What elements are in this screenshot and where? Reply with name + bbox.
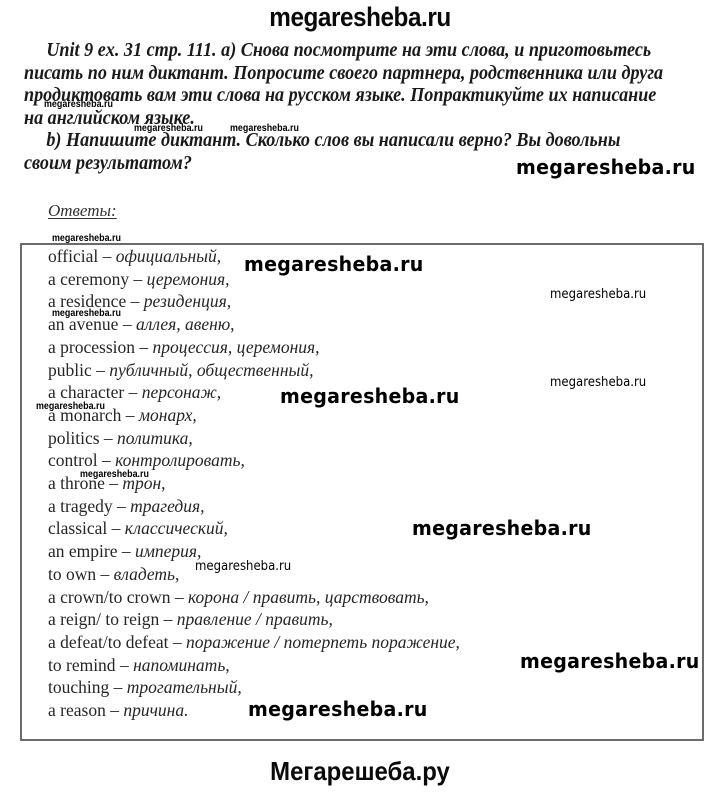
english-word: to remind (48, 655, 116, 675)
english-word: a crown/to crown (48, 587, 170, 607)
watermark: megaresheba.ru (52, 232, 121, 244)
list-item: a tragedy – трагедия, (48, 495, 460, 518)
watermark: megaresheba.ru (550, 375, 646, 390)
russian-translation: империя, (135, 541, 201, 561)
russian-translation: публичный, общественный, (109, 360, 313, 380)
separator: – (124, 382, 142, 402)
separator: – (100, 428, 118, 448)
english-word: to own (48, 564, 96, 584)
english-word: a procession (48, 337, 135, 357)
russian-translation: процессия, церемония, (153, 337, 320, 357)
russian-translation: персонаж, (142, 382, 221, 402)
russian-translation: поражение / потерпеть поражение, (186, 632, 460, 652)
list-item: a procession – процессия, церемония, (48, 336, 460, 359)
separator: – (116, 655, 134, 675)
watermark: megaresheba.ru (550, 287, 646, 302)
watermark: megaresheba.ru (248, 697, 428, 721)
list-item: classical – классический, (48, 517, 460, 540)
russian-translation: трагедия, (130, 496, 204, 516)
separator: – (109, 677, 127, 697)
separator: – (106, 700, 124, 720)
russian-translation: владеть, (114, 564, 180, 584)
english-word: a ceremony (48, 269, 129, 289)
list-item: politics – политика, (48, 427, 460, 450)
watermark: megaresheba.ru (44, 98, 113, 110)
russian-translation: трогательный, (127, 677, 242, 697)
separator: – (98, 246, 116, 266)
english-word: an empire (48, 541, 117, 561)
watermark: megaresheba.ru (244, 252, 424, 276)
site-title: megaresheba.ru (36, 2, 684, 33)
english-word: official (48, 246, 98, 266)
task-paragraph-a: Unit 9 ex. 31 стр. 111. a) Снова посмотр… (24, 40, 666, 130)
separator: – (118, 314, 136, 334)
russian-translation: аллея, авеню, (136, 314, 235, 334)
separator: – (159, 609, 177, 629)
english-word: touching (48, 677, 109, 697)
watermark: megaresheba.ru (520, 649, 700, 673)
list-item: a defeat/to defeat – поражение / потерпе… (48, 631, 460, 654)
list-item: a reign/ to reign – правление / править, (48, 608, 460, 631)
list-item: public – публичный, общественный, (48, 359, 460, 382)
list-item: to remind – напоминать, (48, 654, 460, 677)
watermark: megaresheba.ru (134, 122, 203, 134)
separator: – (113, 496, 131, 516)
russian-translation: напоминать, (133, 655, 230, 675)
english-word: a reign/ to reign (48, 609, 159, 629)
watermark: megaresheba.ru (412, 516, 592, 540)
russian-translation: резиденция, (144, 291, 231, 311)
russian-translation: политика, (117, 428, 193, 448)
english-word: classical (48, 518, 107, 538)
russian-translation: корона / править, царствовать, (188, 587, 429, 607)
russian-translation: правление / править, (177, 609, 333, 629)
russian-translation: причина. (123, 700, 188, 720)
russian-translation: церемония, (147, 269, 230, 289)
footer-site-title: Мегарешеба.ру (29, 756, 691, 787)
english-word: politics (48, 428, 100, 448)
separator: – (170, 587, 188, 607)
english-word: a tragedy (48, 496, 113, 516)
watermark: megaresheba.ru (52, 307, 121, 319)
russian-translation: официальный, (116, 246, 221, 266)
separator: – (92, 360, 110, 380)
watermark: megaresheba.ru (230, 122, 299, 134)
watermark: megaresheba.ru (280, 384, 460, 408)
separator: – (135, 337, 153, 357)
russian-translation: монарх, (139, 405, 197, 425)
separator: – (107, 518, 125, 538)
separator: – (121, 405, 139, 425)
russian-translation: классический, (125, 518, 228, 538)
list-item: a crown/to crown – корона / править, цар… (48, 586, 460, 609)
watermark: megaresheba.ru (36, 400, 105, 412)
english-word: a defeat/to defeat (48, 632, 168, 652)
english-word: public (48, 360, 92, 380)
separator: – (96, 564, 114, 584)
separator: – (129, 269, 147, 289)
separator: – (126, 291, 144, 311)
watermark: megaresheba.ru (516, 155, 696, 179)
english-word: a reason (48, 700, 106, 720)
watermark: megaresheba.ru (195, 559, 291, 574)
separator: – (117, 541, 135, 561)
separator: – (168, 632, 186, 652)
watermark: megaresheba.ru (80, 468, 149, 480)
list-item: touching – трогательный, (48, 676, 460, 699)
answers-label: Ответы: (48, 201, 117, 221)
